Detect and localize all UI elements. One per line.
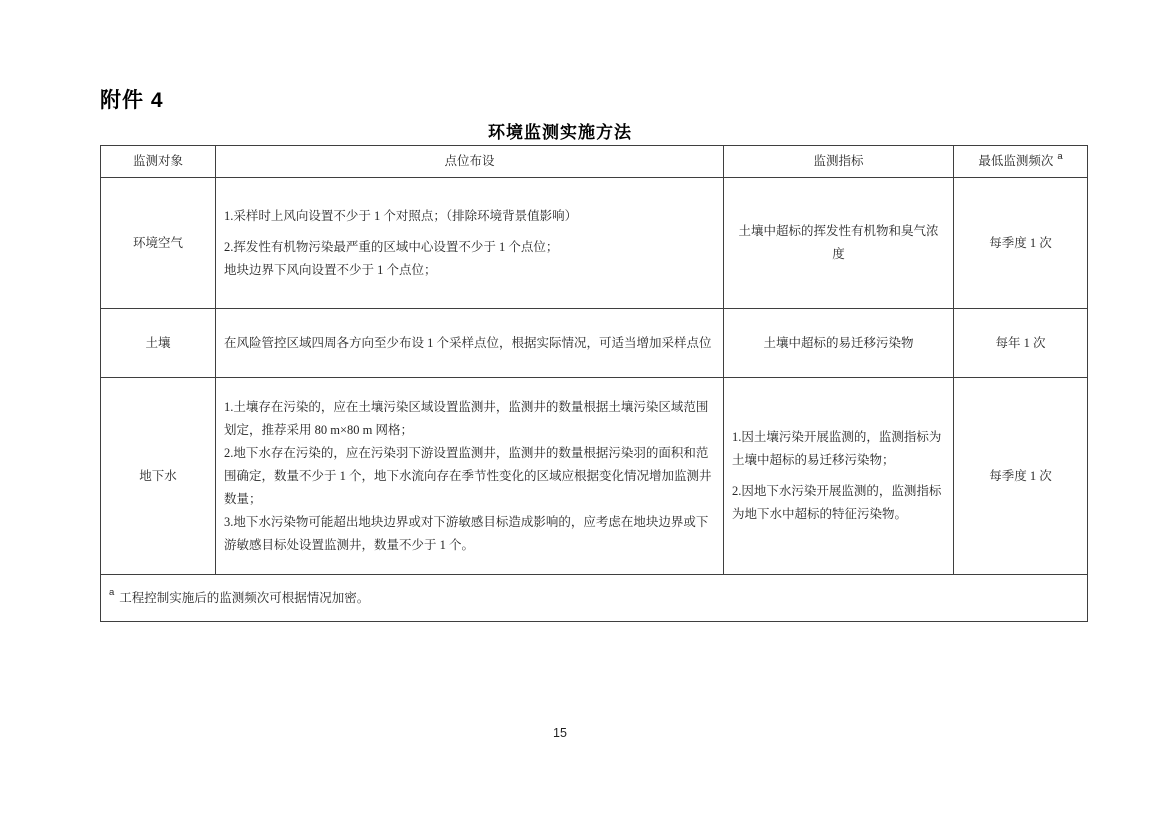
table-row-ambient-air: 环境空气 1.采样时上风向设置不少于 1 个对照点；（排除环境背景值影响） 2.… xyxy=(101,178,1088,309)
cell-object-groundwater: 地下水 xyxy=(101,378,216,575)
document-page: 附件 4 环境监测实施方法 监测对象 点位布设 监测指标 最低监测频次a 环境空… xyxy=(0,0,1169,826)
table-header-row: 监测对象 点位布设 监测指标 最低监测频次a xyxy=(101,146,1088,178)
cell-layout-soil: 在风险管控区域四周各方向至少布设 1 个采样点位，根据实际情况，可适当增加采样点… xyxy=(216,309,724,378)
cell-layout-ambient-air: 1.采样时上风向设置不少于 1 个对照点；（排除环境背景值影响） 2.挥发性有机… xyxy=(216,178,724,309)
layout-line: 地块边界下风向设置不少于 1 个点位； xyxy=(224,259,715,282)
indicator-line: 2.因地下水污染开展监测的，监测指标为地下水中超标的特征污染物。 xyxy=(732,480,945,526)
page-number: 15 xyxy=(100,726,1020,740)
table-row-soil: 土壤 在风险管控区域四周各方向至少布设 1 个采样点位，根据实际情况，可适当增加… xyxy=(101,309,1088,378)
layout-line: 2.挥发性有机物污染最严重的区域中心设置不少于 1 个点位； xyxy=(224,236,715,259)
header-monitoring-object: 监测对象 xyxy=(101,146,216,178)
cell-indicators-soil: 土壤中超标的易迁移污染物 xyxy=(724,309,954,378)
table-footnote-row: a工程控制实施后的监测频次可根据情况加密。 xyxy=(101,575,1088,622)
table-footnote: a工程控制实施后的监测频次可根据情况加密。 xyxy=(101,575,1088,622)
cell-object-soil: 土壤 xyxy=(101,309,216,378)
indicator-line: 1.因土壤污染开展监测的，监测指标为土壤中超标的易迁移污染物； xyxy=(732,426,945,472)
layout-line: 1.采样时上风向设置不少于 1 个对照点；（排除环境背景值影响） xyxy=(224,205,715,228)
indicator-line: 土壤中超标的挥发性有机物和臭气浓度 xyxy=(738,220,939,266)
layout-line: 3.地下水污染物可能超出地块边界或对下游敏感目标造成影响的，应考虑在地块边界或下… xyxy=(224,511,715,557)
header-min-frequency: 最低监测频次a xyxy=(954,146,1088,178)
cell-indicators-ambient-air: 土壤中超标的挥发性有机物和臭气浓度 xyxy=(724,178,954,309)
cell-indicators-groundwater: 1.因土壤污染开展监测的，监测指标为土壤中超标的易迁移污染物； 2.因地下水污染… xyxy=(724,378,954,575)
footnote-text: 工程控制实施后的监测频次可根据情况加密。 xyxy=(119,591,369,605)
document-title: 环境监测实施方法 xyxy=(100,118,1020,143)
footnote-marker-superscript: a xyxy=(1057,151,1062,162)
table-row-groundwater: 地下水 1.土壤存在污染的，应在土壤污染区域设置监测井，监测井的数量根据土壤污染… xyxy=(101,378,1088,575)
header-min-frequency-text: 最低监测频次 xyxy=(978,154,1053,168)
header-monitoring-indicators: 监测指标 xyxy=(724,146,954,178)
cell-layout-groundwater: 1.土壤存在污染的，应在土壤污染区域设置监测井，监测井的数量根据土壤污染区域范围… xyxy=(216,378,724,575)
layout-line: 1.土壤存在污染的，应在土壤污染区域设置监测井，监测井的数量根据土壤污染区域范围… xyxy=(224,396,715,442)
layout-line: 在风险管控区域四周各方向至少布设 1 个采样点位，根据实际情况，可适当增加采样点… xyxy=(224,332,715,355)
layout-line: 2.地下水存在污染的，应在污染羽下游设置监测井，监测井的数量根据污染羽的面积和范… xyxy=(224,442,715,511)
footnote-marker-superscript: a xyxy=(109,587,114,598)
header-point-layout: 点位布设 xyxy=(216,146,724,178)
monitoring-table: 监测对象 点位布设 监测指标 最低监测频次a 环境空气 1.采样时上风向设置不少… xyxy=(100,145,1088,622)
cell-frequency-groundwater: 每季度 1 次 xyxy=(954,378,1088,575)
indicator-line: 土壤中超标的易迁移污染物 xyxy=(738,332,939,355)
cell-frequency-soil: 每年 1 次 xyxy=(954,309,1088,378)
attachment-label: 附件 4 xyxy=(100,84,164,114)
cell-frequency-ambient-air: 每季度 1 次 xyxy=(954,178,1088,309)
cell-object-ambient-air: 环境空气 xyxy=(101,178,216,309)
